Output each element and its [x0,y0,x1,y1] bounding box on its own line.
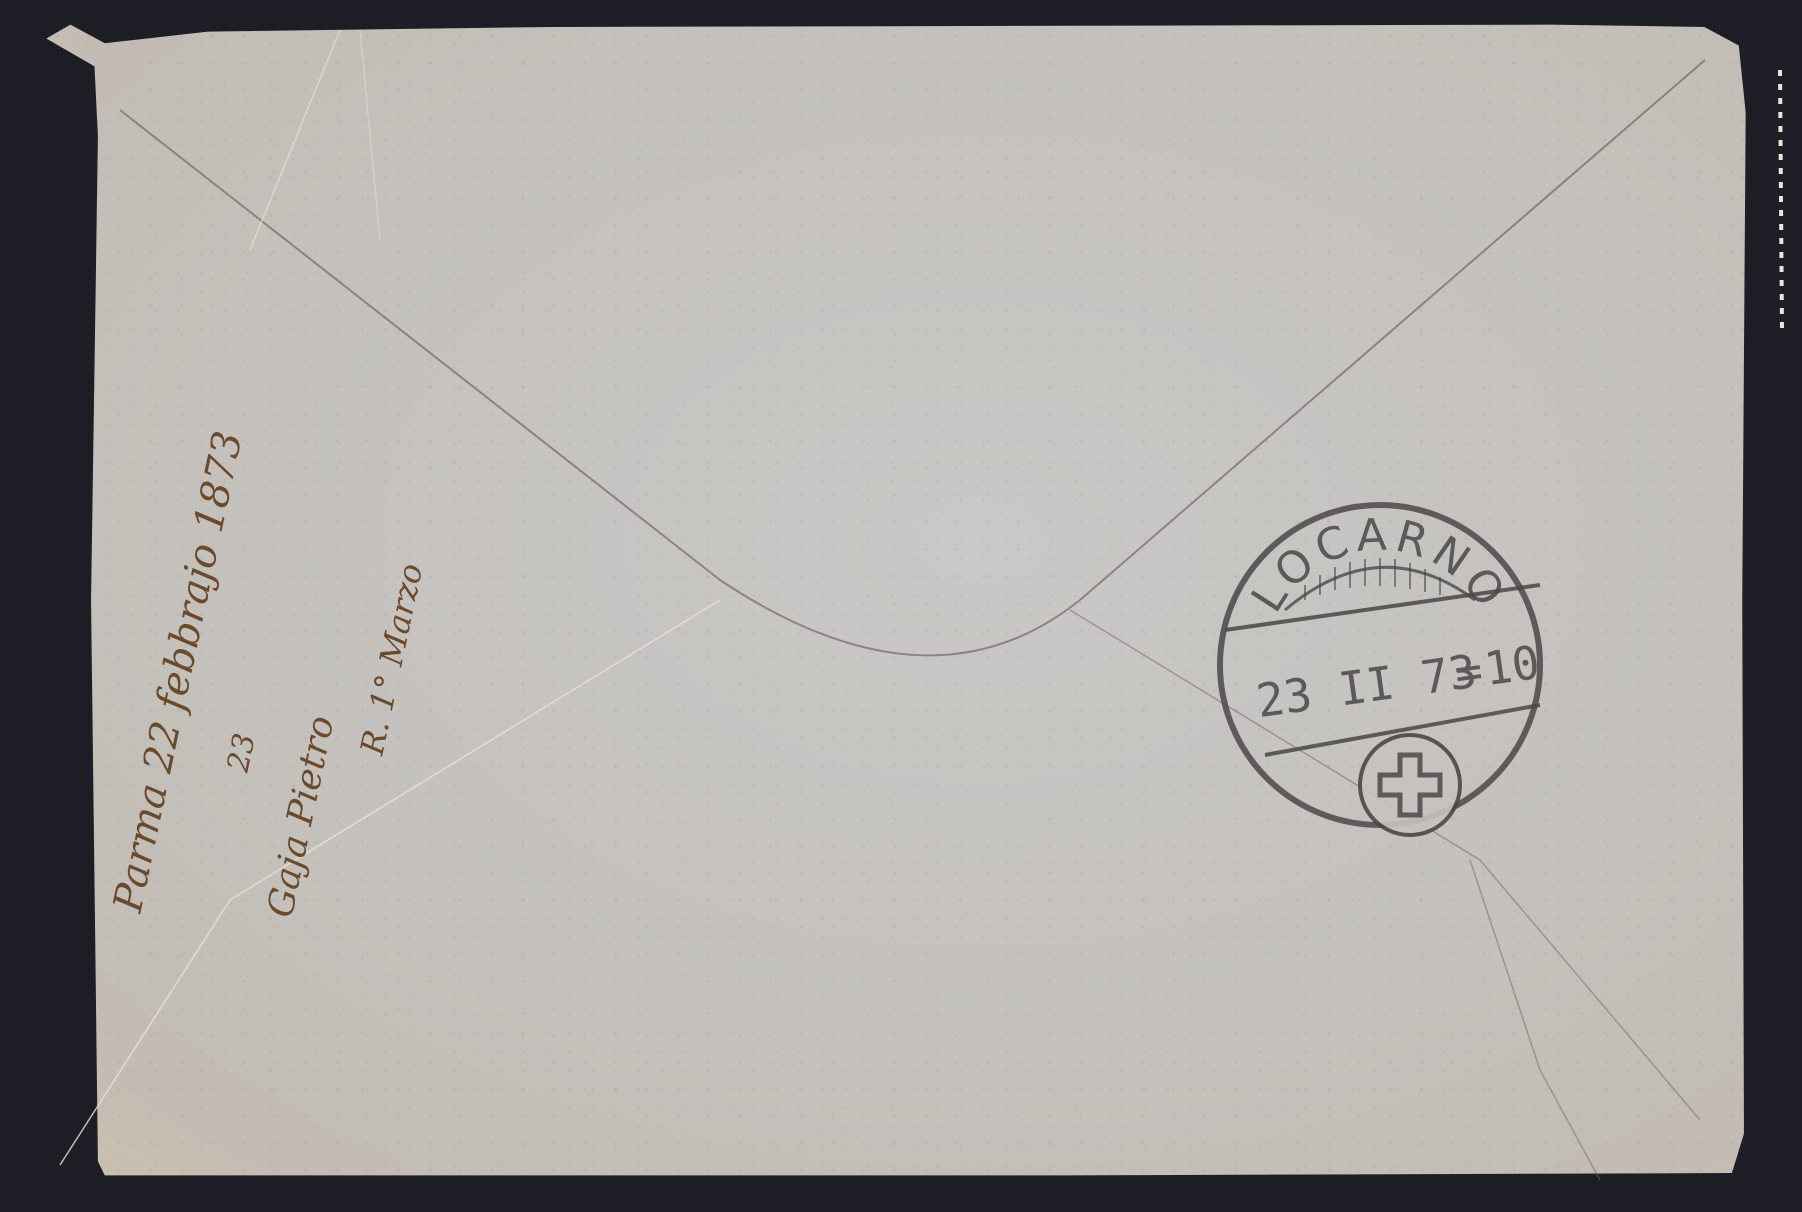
locarno-postmark: LOCARNO 23 II 73 = 10 [1205,490,1555,840]
postmark-date: 23 II 73 [1253,644,1480,728]
swiss-cross-icon [1360,735,1460,835]
postmark-hour: 10 [1481,635,1543,696]
